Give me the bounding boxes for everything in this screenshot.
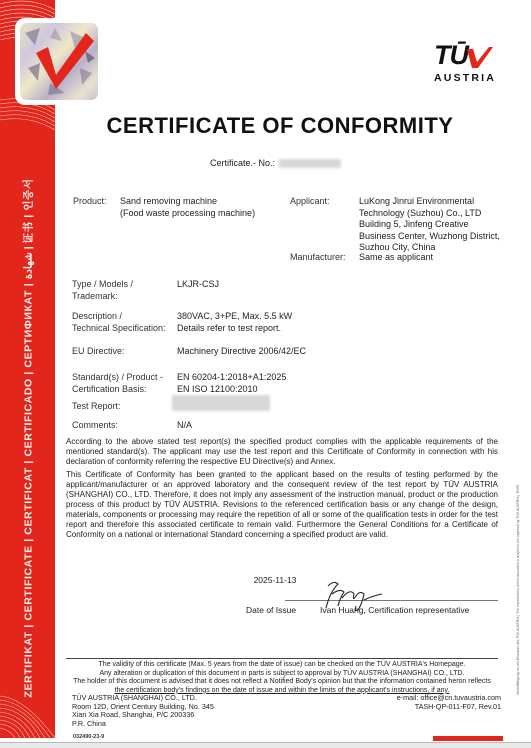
- issue-date: 2025-11-13: [250, 575, 300, 585]
- applicant-label: Applicant:: [290, 196, 330, 208]
- certificate-number: Certificate.- No.:: [210, 158, 341, 168]
- label-line: Description /: [72, 311, 166, 323]
- tuv-austria-logo: TÜV TŪ AUSTRIA: [434, 40, 504, 84]
- description-value: 380VAC, 3+PE, Max. 5.5 kW Details refer …: [177, 311, 292, 334]
- manufacturer-label: Manufacturer:: [290, 252, 346, 264]
- label-line: Type / Models /: [72, 279, 133, 291]
- applicant-line: Technology (Suzhou) Co., LTD: [359, 208, 500, 220]
- footer-notes: The validity of this certificate (Max. 5…: [64, 661, 500, 695]
- hologram-seal: [15, 18, 103, 105]
- comments-value: N/A: [177, 420, 192, 432]
- signatory-name: Ivan Huang, Certification representative: [320, 605, 469, 615]
- value-line: Details refer to test report.: [177, 323, 292, 335]
- value-line: EN 60204-1:2018+A1:2025: [177, 372, 286, 384]
- conformity-paragraph: According to the above stated test repor…: [66, 437, 498, 467]
- product-value: Sand removing machine (Food waste proces…: [120, 196, 255, 219]
- manufacturer-value: Same as applicant: [359, 252, 433, 264]
- validity-conditions-paragraph: This Certificate of Conformity has been …: [66, 470, 498, 540]
- document-number: 032490-23-9: [73, 734, 104, 740]
- signature-line: [285, 600, 498, 601]
- label-line: Trademark:: [72, 291, 133, 303]
- value-line: 380VAC, 3+PE, Max. 5.5 kW: [177, 311, 292, 323]
- certificate-number-label: Certificate.- No.:: [210, 158, 275, 168]
- certificate-number-redacted: [279, 159, 341, 168]
- applicant-line: LuKong Jinrui Environmental: [359, 196, 500, 208]
- checkmark-icon: [20, 23, 98, 100]
- product-line: (Food waste processing machine): [120, 208, 255, 220]
- standards-label: Standard(s) / Product - Certification Ba…: [72, 372, 163, 395]
- page-bottom-edge: [0, 742, 531, 748]
- footer-divider: [66, 658, 498, 659]
- product-label: Product:: [73, 196, 107, 208]
- sidebar-band: ZERTIFIKAT | CERTIFICATE | CERTIFICAT | …: [0, 0, 55, 738]
- standards-value: EN 60204-1:2018+A1:2025 EN ISO 12100:201…: [177, 372, 286, 395]
- footer-note: The holder of this document is advised t…: [64, 678, 500, 687]
- issuer-contact: e-mail: office@cn.tuvaustria.com TASH-QP…: [397, 694, 501, 711]
- test-report-label: Test Report:: [72, 401, 121, 413]
- footer-note: The validity of this certificate (Max. 5…: [64, 661, 500, 670]
- logo-wordmark: TÜV TŪ: [434, 40, 504, 71]
- page-title: CERTIFICATE OF CONFORMITY: [60, 113, 500, 139]
- description-label: Description / Technical Specification:: [72, 311, 166, 334]
- form-reference: TASH-QP-011-F07, Rev.01: [397, 703, 501, 712]
- applicant-value: LuKong Jinrui Environmental Technology (…: [359, 196, 500, 254]
- value-line: EN ISO 12100:2010: [177, 384, 286, 396]
- applicant-line: Business Center, Wuzhong District,: [359, 231, 500, 243]
- eu-directive-value: Machinery Directive 2006/42/EC: [177, 346, 306, 358]
- eu-directive-label: EU Directive:: [72, 346, 125, 358]
- label-line: Technical Specification:: [72, 323, 166, 335]
- type-models-label: Type / Models / Trademark:: [72, 279, 133, 302]
- logo-tu: TŪ: [434, 40, 468, 71]
- label-line: Standard(s) / Product -: [72, 372, 163, 384]
- type-models-value: LKJR-CSJ: [177, 279, 219, 291]
- product-line: Sand removing machine: [120, 196, 255, 208]
- footer-note: Any alteration or duplication of this do…: [64, 670, 500, 679]
- reproduction-notice: Vervielfältigung nur mit Erlaubnis des T…: [516, 485, 520, 696]
- applicant-line: Building 5, Jinfeng Creative: [359, 219, 500, 231]
- multilingual-certificate-text: ZERTIFIKAT | CERTIFICATE | CERTIFICAT | …: [21, 178, 36, 697]
- comments-label: Comments:: [72, 420, 118, 432]
- logo-check-v-icon: [467, 47, 493, 69]
- label-line: Certification Basis:: [72, 384, 163, 396]
- logo-austria: AUSTRIA: [434, 72, 504, 84]
- date-of-issue-label: Date of Issue: [246, 605, 296, 615]
- corner-accent-bar: [433, 736, 503, 741]
- issuer-address: TÜV AUSTRIA (SHANGHAI) CO., LTD. Room 12…: [72, 694, 214, 728]
- test-report-redacted: [172, 395, 270, 411]
- address-line: P.R. China: [72, 720, 214, 729]
